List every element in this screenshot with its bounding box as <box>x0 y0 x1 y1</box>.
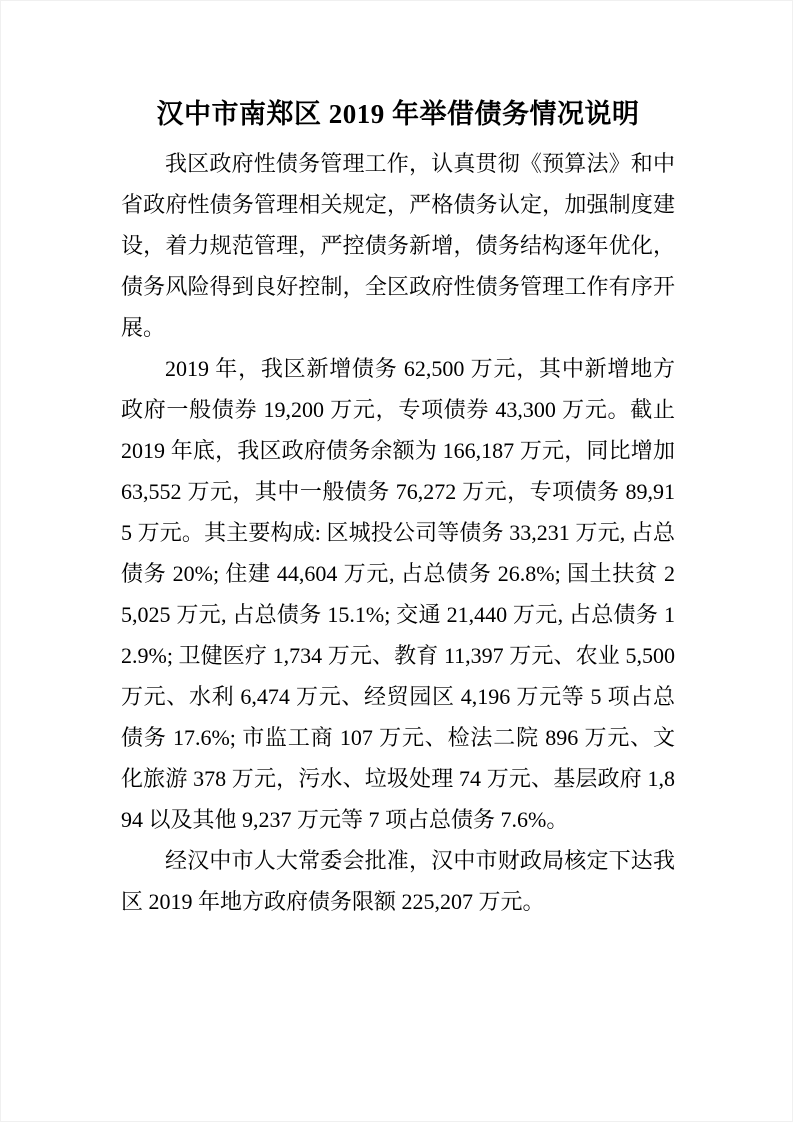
document-title: 汉中市南郑区 2019 年举借债务情况说明 <box>121 97 675 131</box>
document-page: 汉中市南郑区 2019 年举借债务情况说明 我区政府性债务管理工作，认真贯彻《预… <box>0 0 793 1122</box>
paragraph-debt-limit: 经汉中市人大常委会批准，汉中市财政局核定下达我区 2019 年地方政府债务限额 … <box>121 840 675 922</box>
paragraph-debt-figures: 2019 年，我区新增债务 62,500 万元，其中新增地方政府一般债券 19,… <box>121 348 675 840</box>
paragraph-overview: 我区政府性债务管理工作，认真贯彻《预算法》和中省政府性债务管理相关规定，严格债务… <box>121 143 675 348</box>
